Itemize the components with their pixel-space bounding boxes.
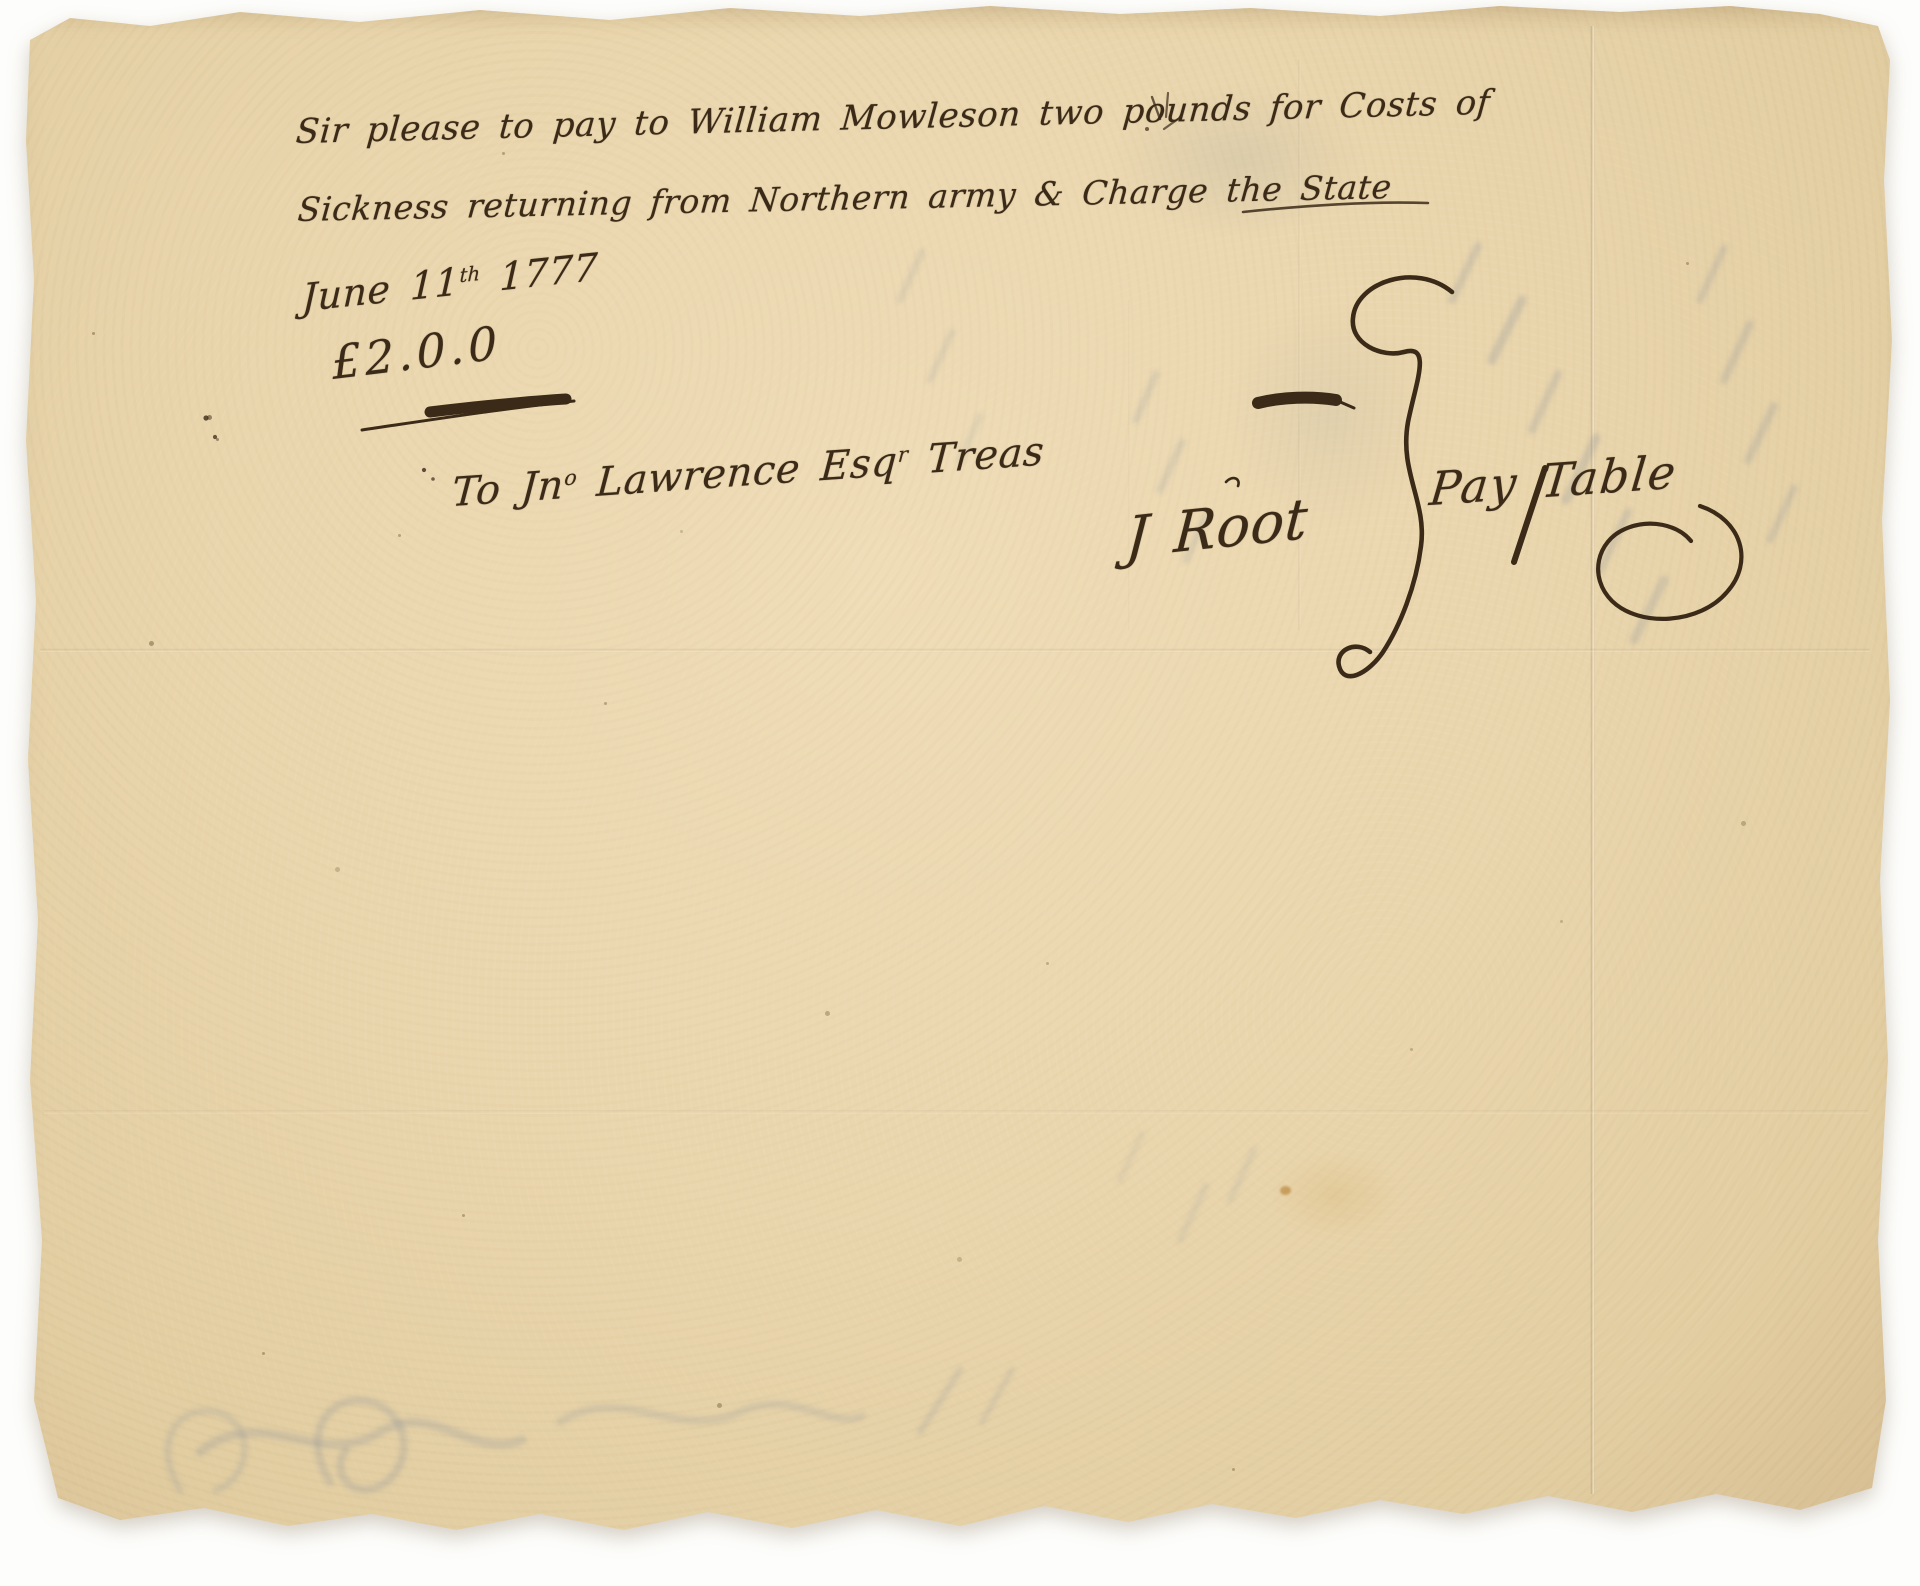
- paper-sheet: Sir please to pay to William Mowleson tw…: [0, 0, 1920, 1586]
- foxing-stain: [1240, 1130, 1430, 1260]
- date-year: 1777: [479, 245, 599, 302]
- pre-brace-dash: [1258, 398, 1336, 403]
- foxing-dot: [1280, 1186, 1291, 1195]
- margin-ink-dot: [422, 468, 426, 472]
- paper-shadow-wrap: Sir please to pay to William Mowleson tw…: [0, 0, 1920, 1586]
- signature-j-root: J Root: [1124, 486, 1311, 571]
- date-line: June 11th 1777: [301, 245, 599, 321]
- vertical-fold-crease-right: [1590, 26, 1595, 1494]
- addressee-title: Treas: [906, 428, 1046, 484]
- date-ordinal-superscript: th: [459, 262, 480, 287]
- vertical-fold-crease-small: [1128, 300, 1131, 630]
- ink-bleedthrough-haze-top: [1060, 50, 1420, 270]
- addressee-name: Lawrence Esq: [575, 439, 899, 508]
- date-day-month: June 11: [301, 259, 460, 320]
- paper-grain-texture: [0, 0, 1920, 1586]
- pre-brace-dash-tail: [1338, 401, 1354, 408]
- ink-flourishes: [0, 0, 1920, 1586]
- addressee-line: To Jno Lawrence Esqr Treas: [450, 428, 1045, 516]
- margin-ink-dot: [213, 435, 217, 439]
- margin-ink-dot: [431, 477, 435, 481]
- addressee-to: To Jn: [450, 462, 565, 516]
- pay-table-endorsement: Pay Table: [1427, 444, 1680, 516]
- document-photo: Sir please to pay to William Mowleson tw…: [0, 0, 1920, 1586]
- order-body-line-2: Sickness returning from Northern army & …: [296, 167, 1393, 229]
- amount-underline-blob: [430, 399, 566, 412]
- paytable-loop-flourish: [1598, 506, 1741, 619]
- horizontal-fold-crease-upper: [40, 648, 1870, 653]
- horizontal-fold-crease-lower: [44, 1110, 1868, 1114]
- signature-accent-mark: [1226, 478, 1239, 486]
- amount-underline: [362, 401, 574, 430]
- paper-specks: [0, 0, 3, 3]
- margin-ink-dot: [203, 415, 208, 420]
- amount-pounds: £2.0.0: [331, 315, 503, 390]
- order-body-line-1: Sir please to pay to William Mowleson tw…: [294, 83, 1491, 152]
